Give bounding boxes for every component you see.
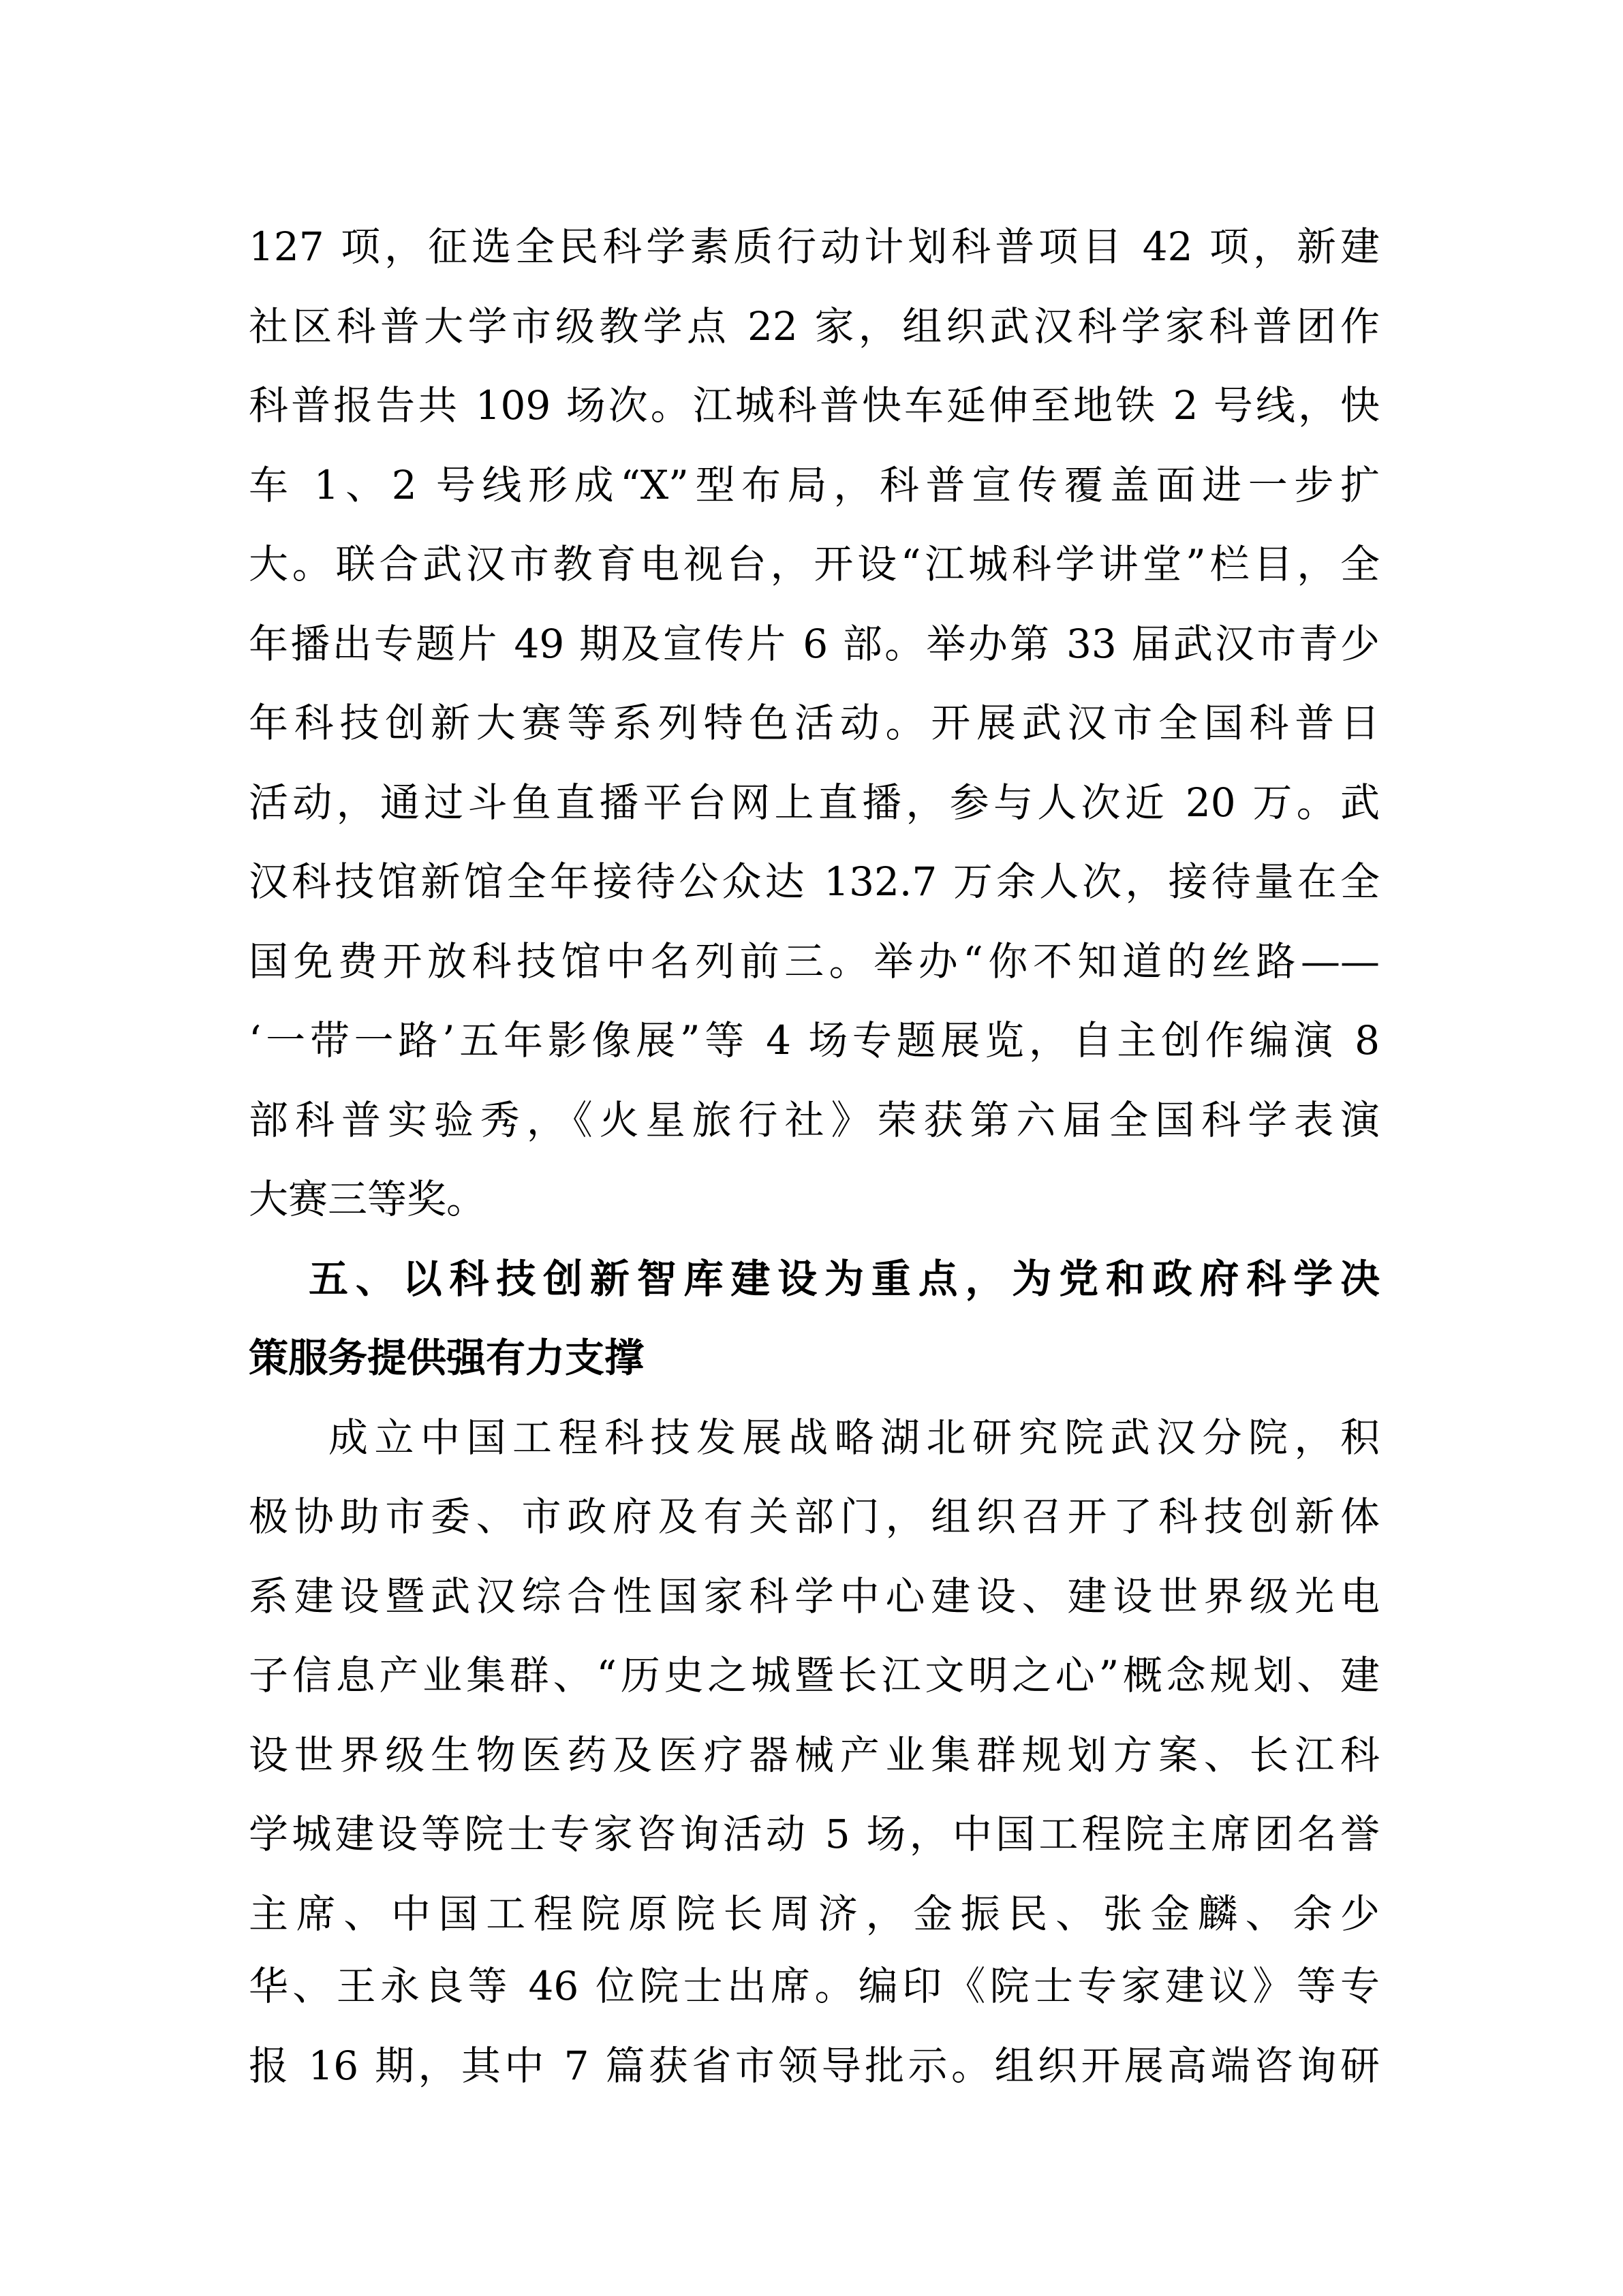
paragraph-1-line-7: 年科技创新大赛等系列特色活动。开展武汉市全国科普日 — [249, 683, 1380, 762]
paragraph-1-line-6: 年播出专题片 49 期及宣传片 6 部。举办第 33 届武汉市青少 — [249, 604, 1380, 683]
paragraph-2-line-1: 成立中国工程科技发展战略湖北研究院武汉分院，积 — [328, 1398, 1380, 1477]
paragraph-1-line-10: 国免费开放科技馆中名列前三。举办“你不知道的丝路—— — [249, 922, 1380, 1001]
paragraph-1-line-9: 汉科技馆新馆全年接待公众达 132.7 万余人次，接待量在全 — [249, 842, 1380, 921]
paragraph-1-line-1: 127 项，征选全民科学素质行动计划科普项目 42 项，新建 — [249, 207, 1380, 286]
paragraph-1-line-3: 科普报告共 109 场次。江城科普快车延伸至地铁 2 号线，快 — [249, 366, 1380, 445]
paragraph-1-line-2: 社区科普大学市级教学点 22 家，组织武汉科学家科普团作 — [249, 287, 1380, 366]
paragraph-2-line-6: 学城建设等院士专家咨询活动 5 场，中国工程院主席团名誉 — [249, 1795, 1380, 1874]
paragraph-1-line-8: 活动，通过斗鱼直播平台网上直播，参与人次近 20 万。武 — [249, 763, 1380, 842]
document-page: 127 项，征选全民科学素质行动计划科普项目 42 项，新建 社区科普大学市级教… — [0, 0, 1623, 2296]
paragraph-1-line-13: 大赛三等奖。 — [249, 1160, 1380, 1239]
paragraph-1-line-12: 部科普实验秀，《火星旅行社》荣获第六届全国科学表演 — [249, 1081, 1380, 1160]
paragraph-2-line-7: 主席、中国工程院原院长周济，金振民、张金麟、余少 — [249, 1874, 1380, 1953]
paragraph-2-line-2: 极协助市委、市政府及有关部门，组织召开了科技创新体 — [249, 1477, 1380, 1556]
paragraph-2-line-9: 报 16 期，其中 7 篇获省市领导批示。组织开展高端咨询研 — [249, 2026, 1380, 2105]
section-heading-line-2: 策服务提供强有力支撑 — [249, 1318, 1380, 1397]
paragraph-2-line-5: 设世界级生物医药及医疗器械产业集群规划方案、长江科 — [249, 1716, 1380, 1795]
paragraph-2-line-3: 系建设暨武汉综合性国家科学中心建设、建设世界级光电 — [249, 1557, 1380, 1636]
paragraph-1-line-11: ‘一带一路’五年影像展”等 4 场专题展览，自主创作编演 8 — [249, 1001, 1380, 1080]
paragraph-2-line-8: 华、王永良等 46 位院士出席。编印《院士专家建议》等专 — [249, 1946, 1380, 2026]
paragraph-1-line-5: 大。联合武汉市教育电视台，开设“江城科学讲堂”栏目，全 — [249, 525, 1380, 604]
paragraph-2-line-4: 子信息产业集群、“历史之城暨长江文明之心”概念规划、建 — [249, 1636, 1380, 1715]
paragraph-1-line-4: 车 1、2 号线形成“X”型布局，科普宣传覆盖面进一步扩 — [249, 446, 1380, 525]
section-heading-line-1: 五、以科技创新智库建设为重点，为党和政府科学决 — [309, 1239, 1380, 1318]
